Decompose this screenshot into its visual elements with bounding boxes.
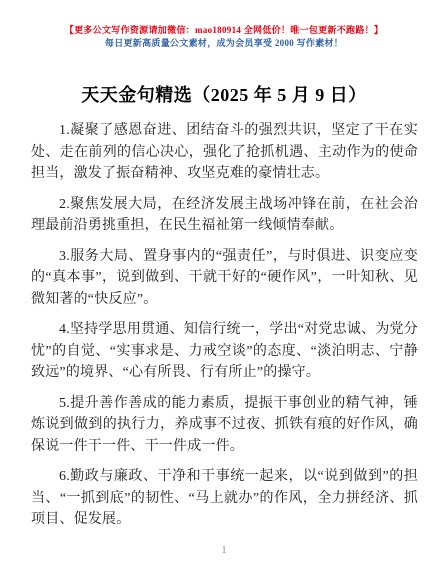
paragraph-1: 1.凝聚了感恩奋进、团结奋斗的强烈共识，坚定了干在实处、走在前列的信心决心，强化… <box>31 120 418 185</box>
paragraph-2: 2.聚焦发展大局，在经济发展主战场冲锋在前，在社会治理最前沿勇挑重担，在民生福祉… <box>31 194 418 237</box>
page-number: 1 <box>0 545 448 556</box>
document-body: 1.凝聚了感恩奋进、团结奋斗的强烈共识，坚定了干在实处、走在前列的信心决心，强化… <box>31 120 418 531</box>
watermark-line-blue: 每日更新高质量公文素材，成为会员享受 2000 写作素材！ <box>0 37 448 50</box>
paragraph-5: 5.提升善作善成的能力素质，提振干事创业的精气神，锤炼说到做到的执行力，养成事不… <box>31 393 418 458</box>
paragraph-6: 6.勤政与廉政、干净和干事统一起来，以“说到做到”的担当、“一抓到底”的韧性、“… <box>31 466 418 531</box>
document-page: 【更多公文写作资源请加微信：mao180914 全网低价！唯一包更新不跑路！】 … <box>0 0 448 580</box>
watermark-line-red: 【更多公文写作资源请加微信：mao180914 全网低价！唯一包更新不跑路！】 <box>0 24 448 37</box>
paragraph-3: 3.服务大局、置身事内的“强责任”，与时俱进、识变应变的“真本事”，说到做到、干… <box>31 246 418 311</box>
document-title: 天天金句精选（2025 年 5 月 9 日） <box>0 81 448 107</box>
watermark-header: 【更多公文写作资源请加微信：mao180914 全网低价！唯一包更新不跑路！】 … <box>0 0 448 50</box>
paragraph-4: 4.坚持学思用贯通、知信行统一，学出“对党忠诚、为党分忧”的自觉、“实事求是、力… <box>31 319 418 384</box>
